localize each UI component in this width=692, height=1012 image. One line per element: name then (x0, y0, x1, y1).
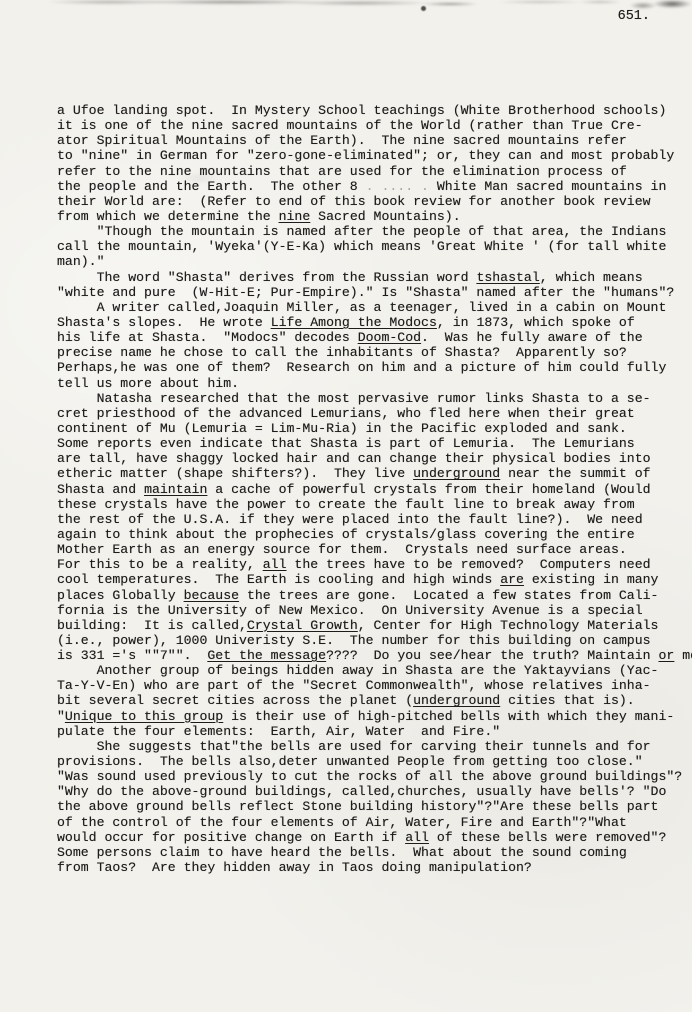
document-line: A writer called,Joaquin Miller, as a tee… (57, 300, 692, 315)
document-line: Another group of beings hidden away in S… (57, 663, 692, 678)
document-line: Mother Earth as an energy source for the… (57, 542, 692, 557)
document-line: Perhaps,he was one of them? Research on … (57, 360, 692, 375)
document-line: Shasta's slopes. He wrote Life Among the… (57, 315, 692, 330)
document-line: man)." (57, 254, 692, 269)
document-line: the above ground bells reflect Stone bui… (57, 799, 692, 814)
document-line: is 331 ='s ""7"". Get the message???? Do… (57, 648, 692, 663)
document-line: from which we determine the nine Sacred … (57, 209, 692, 224)
document-line: etheric matter (shape shifters?). They l… (57, 466, 692, 481)
document-line: cool temperatures. The Earth is cooling … (57, 572, 692, 587)
document-line: ator Spiritual Mountains of the Earth). … (57, 133, 692, 148)
document-line: Some reports even indicate that Shasta i… (57, 436, 692, 451)
document-line: their World are: (Refer to end of this b… (57, 194, 692, 209)
document-line: pulate the four elements: Earth, Air, Wa… (57, 724, 692, 739)
document-line: to "nine" in German for "zero-gone-elimi… (57, 148, 692, 163)
document-line: are tall, have shaggy locked hair and ca… (57, 451, 692, 466)
document-line: it is one of the nine sacred mountains o… (57, 118, 692, 133)
document-line: continent of Mu (Lemuria = Lim-Mu-Ria) i… (57, 421, 692, 436)
document-line: again to think about the prophecies of c… (57, 527, 692, 542)
document-line: Ta-Y-V-En) who are part of the "Secret C… (57, 678, 692, 693)
document-line: a Ufoe landing spot. In Mystery School t… (57, 103, 692, 118)
document-line: "Why do the above-ground buildings, call… (57, 784, 692, 799)
document-line: would occur for positive change on Earth… (57, 830, 692, 845)
scanned-document-page: 651. a Ufoe landing spot. In Mystery Sch… (0, 0, 692, 1012)
document-line: precise name he chose to call the inhabi… (57, 345, 692, 360)
document-line: these crystals have the power to create … (57, 497, 692, 512)
document-line: the people and the Earth. The other 8 . … (57, 179, 692, 194)
document-line: call the mountain, 'Wyeka'(Y-E-Ka) which… (57, 239, 692, 254)
document-line: from Taos? Are they hidden away in Taos … (57, 860, 692, 875)
document-line: bit several secret cities across the pla… (57, 693, 692, 708)
scan-smudge-top-edge (0, 0, 692, 10)
document-line: "Unique to this group is their use of hi… (57, 709, 692, 724)
document-line: "Though the mountain is named after the … (57, 224, 692, 239)
document-line: places Globally because the trees are go… (57, 588, 692, 603)
document-line: Some persons claim to have heard the bel… (57, 845, 692, 860)
document-line: of the control of the four elements of A… (57, 815, 692, 830)
document-line: fornia is the University of New Mexico. … (57, 603, 692, 618)
scan-speck (421, 6, 426, 11)
document-text: a Ufoe landing spot. In Mystery School t… (57, 103, 692, 875)
document-line: building: It is called,Crystal Growth, C… (57, 618, 692, 633)
document-line: "Was sound used previously to cut the ro… (57, 769, 692, 784)
document-line: (i.e., power), 1000 Univeristy S.E. The … (57, 633, 692, 648)
document-line: Natasha researched that the most pervasi… (57, 391, 692, 406)
document-line: cret priesthood of the advanced Lemurian… (57, 406, 692, 421)
document-line: the rest of the U.S.A. if they were plac… (57, 512, 692, 527)
document-line: tell us more about him. (57, 376, 692, 391)
document-line: provisions. The bells also,deter unwante… (57, 754, 692, 769)
document-line: his life at Shasta. "Modocs" decodes Doo… (57, 330, 692, 345)
document-line: refer to the nine mountains that are use… (57, 164, 692, 179)
document-line: Shasta and maintain a cache of powerful … (57, 482, 692, 497)
document-line: "white and pure (W-Hit-E; Pur-Empire)." … (57, 285, 692, 300)
document-line: The word "Shasta" derives from the Russi… (57, 270, 692, 285)
document-line: She suggests that"the bells are used for… (57, 739, 692, 754)
page-number: 651. (618, 9, 650, 24)
document-line: For this to be a reality, all the trees … (57, 557, 692, 572)
